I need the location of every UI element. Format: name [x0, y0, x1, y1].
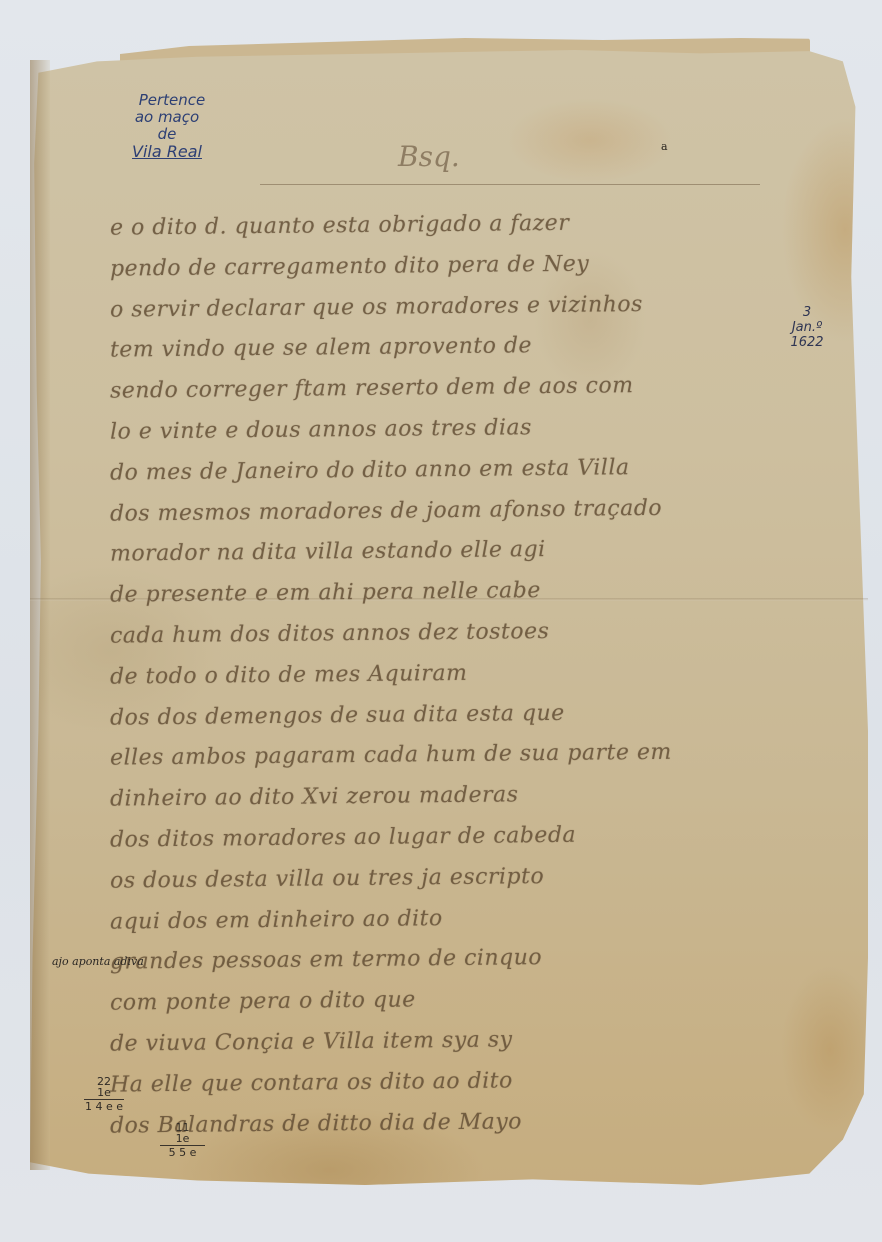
manuscript-line: lo e vinte e dous annos aos tres dias — [110, 405, 800, 453]
manuscript-line: de todo o dito de mes Aquiram — [110, 650, 800, 698]
corner-mark: a — [661, 140, 668, 153]
manuscript-line: e o dito d. quanto esta obrigado a fazer — [110, 201, 800, 249]
archive-note-line: Pertence — [112, 92, 232, 109]
fraction-top: 1e — [84, 1087, 124, 1098]
manuscript-line: com ponte pera o dito que — [110, 977, 800, 1025]
tally-fraction: 11 1e 5 5 e — [160, 1122, 205, 1158]
manuscript-line: pendo de carregamento dito pera de Ney — [110, 242, 800, 290]
fraction-bottom: 1 4 e e — [84, 1101, 124, 1112]
manuscript-line: dinheiro ao dito Xvi zerou maderas — [110, 773, 800, 821]
manuscript-line: dos Balandras de ditto dia de Mayo — [110, 1099, 800, 1147]
manuscript-line: do mes de Janeiro do dito anno em esta V… — [110, 446, 800, 494]
margin-note: ajo aponta adiva — [52, 955, 144, 968]
heading-flourish: Bsq. — [398, 140, 508, 180]
manuscript-line: os dous desta villa ou tres ja escripto — [110, 854, 800, 902]
manuscript-line: Ha elle que contara os dito ao dito — [110, 1058, 800, 1106]
manuscript-line: sendo correger ftam reserto dem de aos c… — [110, 365, 800, 413]
archive-note-line: de — [102, 126, 232, 143]
page-binding-edge — [30, 60, 50, 1170]
tally-fraction: 22 1e 1 4 e e — [84, 1076, 124, 1112]
fraction-bottom: 5 5 e — [160, 1147, 205, 1158]
manuscript-line: de presente e em ahi pera nelle cabe — [110, 569, 800, 617]
archive-note-line: Vila Real — [102, 143, 232, 160]
archive-note: Pertence ao maço de Vila Real — [102, 92, 232, 160]
heading-rule — [260, 184, 760, 185]
manuscript-line: de viuva Conçia e Villa item sya sy — [110, 1017, 800, 1065]
manuscript-line: cada hum dos ditos annos dez tostoes — [110, 609, 800, 657]
manuscript-line: dos ditos moradores ao lugar de cabeda — [110, 813, 800, 861]
archive-note-line: ao maço — [102, 109, 232, 126]
fraction-top: 1e — [160, 1133, 205, 1144]
manuscript-body: e o dito d. quanto esta obrigado a fazer… — [110, 205, 800, 1143]
